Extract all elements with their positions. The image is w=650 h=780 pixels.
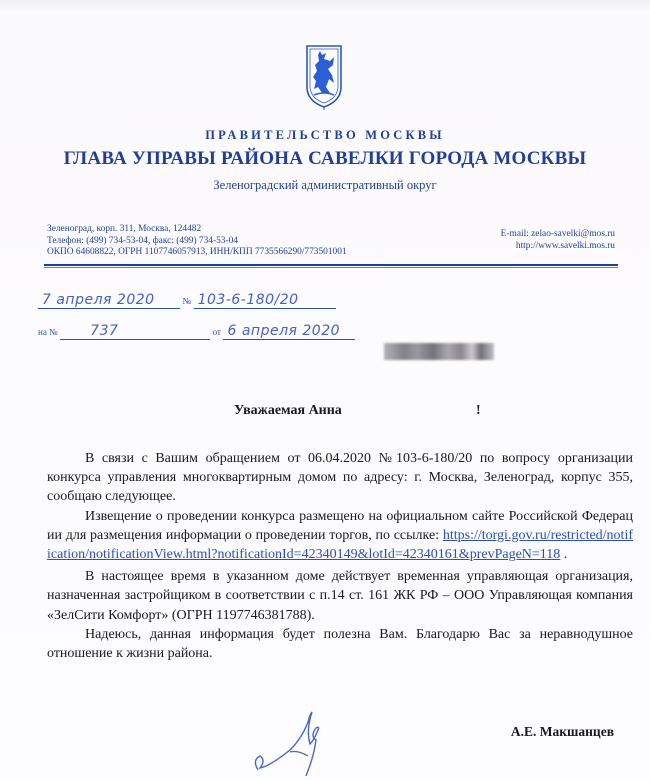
paragraph-1: В связи с Вашим обращением от 06.04.2020… [47,449,633,507]
reply-number: 737 [60,323,210,340]
email-link[interactable]: E-mail: zelao-savelki@mos.ru [501,228,615,240]
letterhead-title: ГЛАВА УПРАВЫ РАЙОНА САВЕЛКИ ГОРОДА МОСКВ… [0,148,650,170]
paragraph-2-end: . [560,547,567,562]
incoming-reference: на № 737 от 6 апреля 2020 [38,323,355,340]
paragraph-4: Надеюсь, данная информация будет полезна… [47,625,633,663]
greeting: Уважаемая Анна ! [234,403,342,419]
okrug-name: Зеленоградский административный округ [0,178,650,193]
header-divider [44,264,618,266]
from-label: от [213,327,221,337]
government-name: ПРАВИТЕЛЬСТВО МОСКВЫ [0,128,650,143]
reply-date: 6 апреля 2020 [223,323,355,340]
contacts-left: Зеленоград, корп. 311, Москва, 124482 Те… [47,224,347,259]
greeting-exclamation: ! [476,403,481,419]
address: Зеленоград, корп. 311, Москва, 124482 [47,224,347,236]
contacts-right: E-mail: zelao-savelki@mos.ru http://www.… [501,228,615,252]
outgoing-date: 7 апреля 2020 [38,292,180,309]
header-divider-thin [44,267,618,268]
reply-label: на № [38,327,58,337]
redacted-addressee [384,343,494,360]
letter-body: В связи с Вашим обращением от 06.04.2020… [47,449,633,663]
phone-fax: Телефон: (499) 734-53-04, факс: (499) 73… [47,236,347,248]
registration-codes: ОКПО 64608822, ОГРН 1107746057913, ИНН/К… [47,247,347,259]
moscow-coat-of-arms-icon [304,43,344,111]
signer-name: А.Е. Макшанцев [511,724,614,740]
handwritten-signature-icon [250,700,350,780]
paragraph-2: Извещение о проведении конкурса размещен… [47,507,633,565]
letter-page: ПРАВИТЕЛЬСТВО МОСКВЫ ГЛАВА УПРАВЫ РАЙОНА… [0,0,650,780]
outgoing-number: 103-6-180/20 [194,292,336,309]
number-label: № [183,296,192,306]
website-link[interactable]: http://www.savelki.mos.ru [501,240,615,252]
paragraph-3: В настоящее время в указанном доме дейст… [47,567,633,625]
outgoing-registration: 7 апреля 2020 № 103-6-180/20 [38,292,336,309]
greeting-text: Уважаемая Анна [234,403,342,418]
